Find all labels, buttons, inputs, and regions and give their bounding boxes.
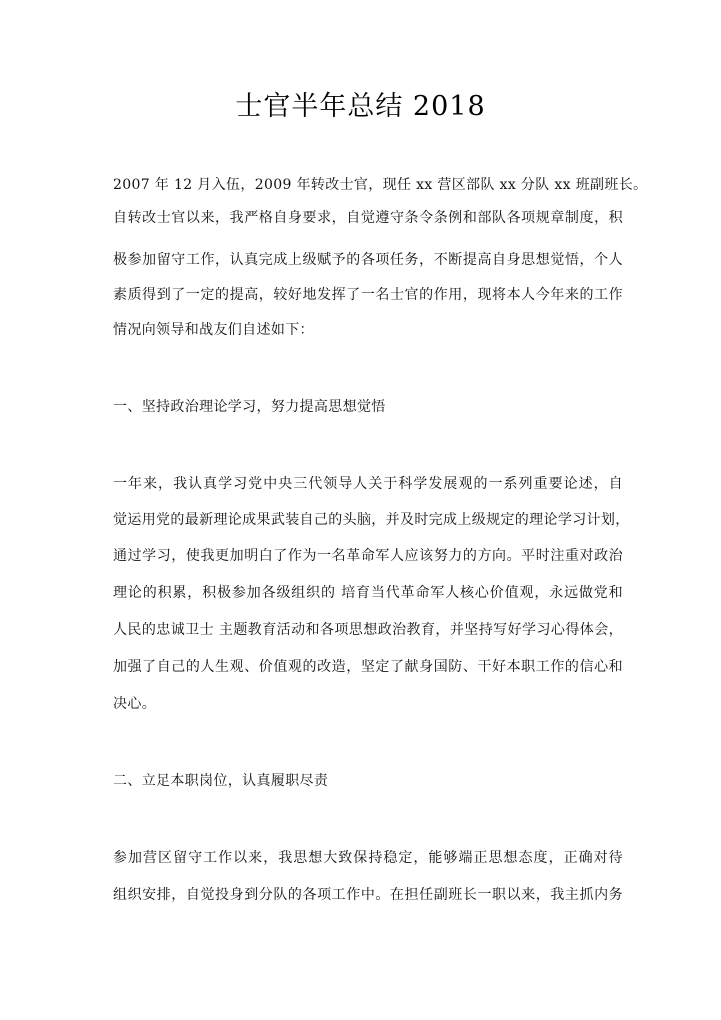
paragraph-line: 觉运用党的最新理论成果武装自己的头脑，并及时完成上级规定的理论学习计划， bbox=[113, 510, 623, 530]
paragraph-line: 通过学习，使我更加明白了作为一名革命军人应该努力的方向。平时注重对政治 bbox=[113, 546, 623, 566]
paragraph-line: 人民的忠诚卫士 主题教育活动和各项思想政治教育，并坚持写好学习心得体会， bbox=[113, 620, 623, 640]
paragraph-line: 2007 年 12 月入伍，2009 年转改士官，现任 xx 营区部队 xx 分… bbox=[113, 175, 623, 195]
paragraph-line: 自转改士官以来，我严格自身要求，自觉遵守条令条例和部队各项规章制度，积 bbox=[113, 208, 623, 228]
document-title: 士官半年总结 2018 bbox=[0, 84, 721, 123]
paragraph-line: 情况向领导和战友们自述如下： bbox=[113, 320, 623, 340]
paragraph-line: 一年来，我认真学习党中央三代领导人关于科学发展观的一系列重要论述，自 bbox=[113, 474, 623, 494]
paragraph-line: 决心。 bbox=[113, 694, 623, 714]
paragraph-line: 参加营区留守工作以来，我思想大致保持稳定，能够端正思想态度，正确对待 bbox=[113, 848, 623, 868]
section-heading-1: 一、坚持政治理论学习，努力提高思想觉悟 bbox=[113, 397, 623, 417]
paragraph-line: 极参加留守工作，认真完成上级赋予的各项任务，不断提高自身思想觉悟，个人 bbox=[113, 250, 623, 270]
paragraph-line: 理论的积累，积极参加各级组织的 培育当代革命军人核心价值观，永远做党和 bbox=[113, 583, 623, 603]
paragraph-line: 加强了自己的人生观、价值观的改造，坚定了献身国防、干好本职工作的信心和 bbox=[113, 657, 623, 677]
paragraph-line: 素质得到了一定的提高，较好地发挥了一名士官的作用，现将本人今年来的工作 bbox=[113, 285, 623, 305]
paragraph-line: 组织安排，自觉投身到分队的各项工作中。在担任副班长一职以来，我主抓内务 bbox=[113, 885, 623, 905]
section-heading-2: 二、立足本职岗位，认真履职尽责 bbox=[113, 771, 623, 791]
